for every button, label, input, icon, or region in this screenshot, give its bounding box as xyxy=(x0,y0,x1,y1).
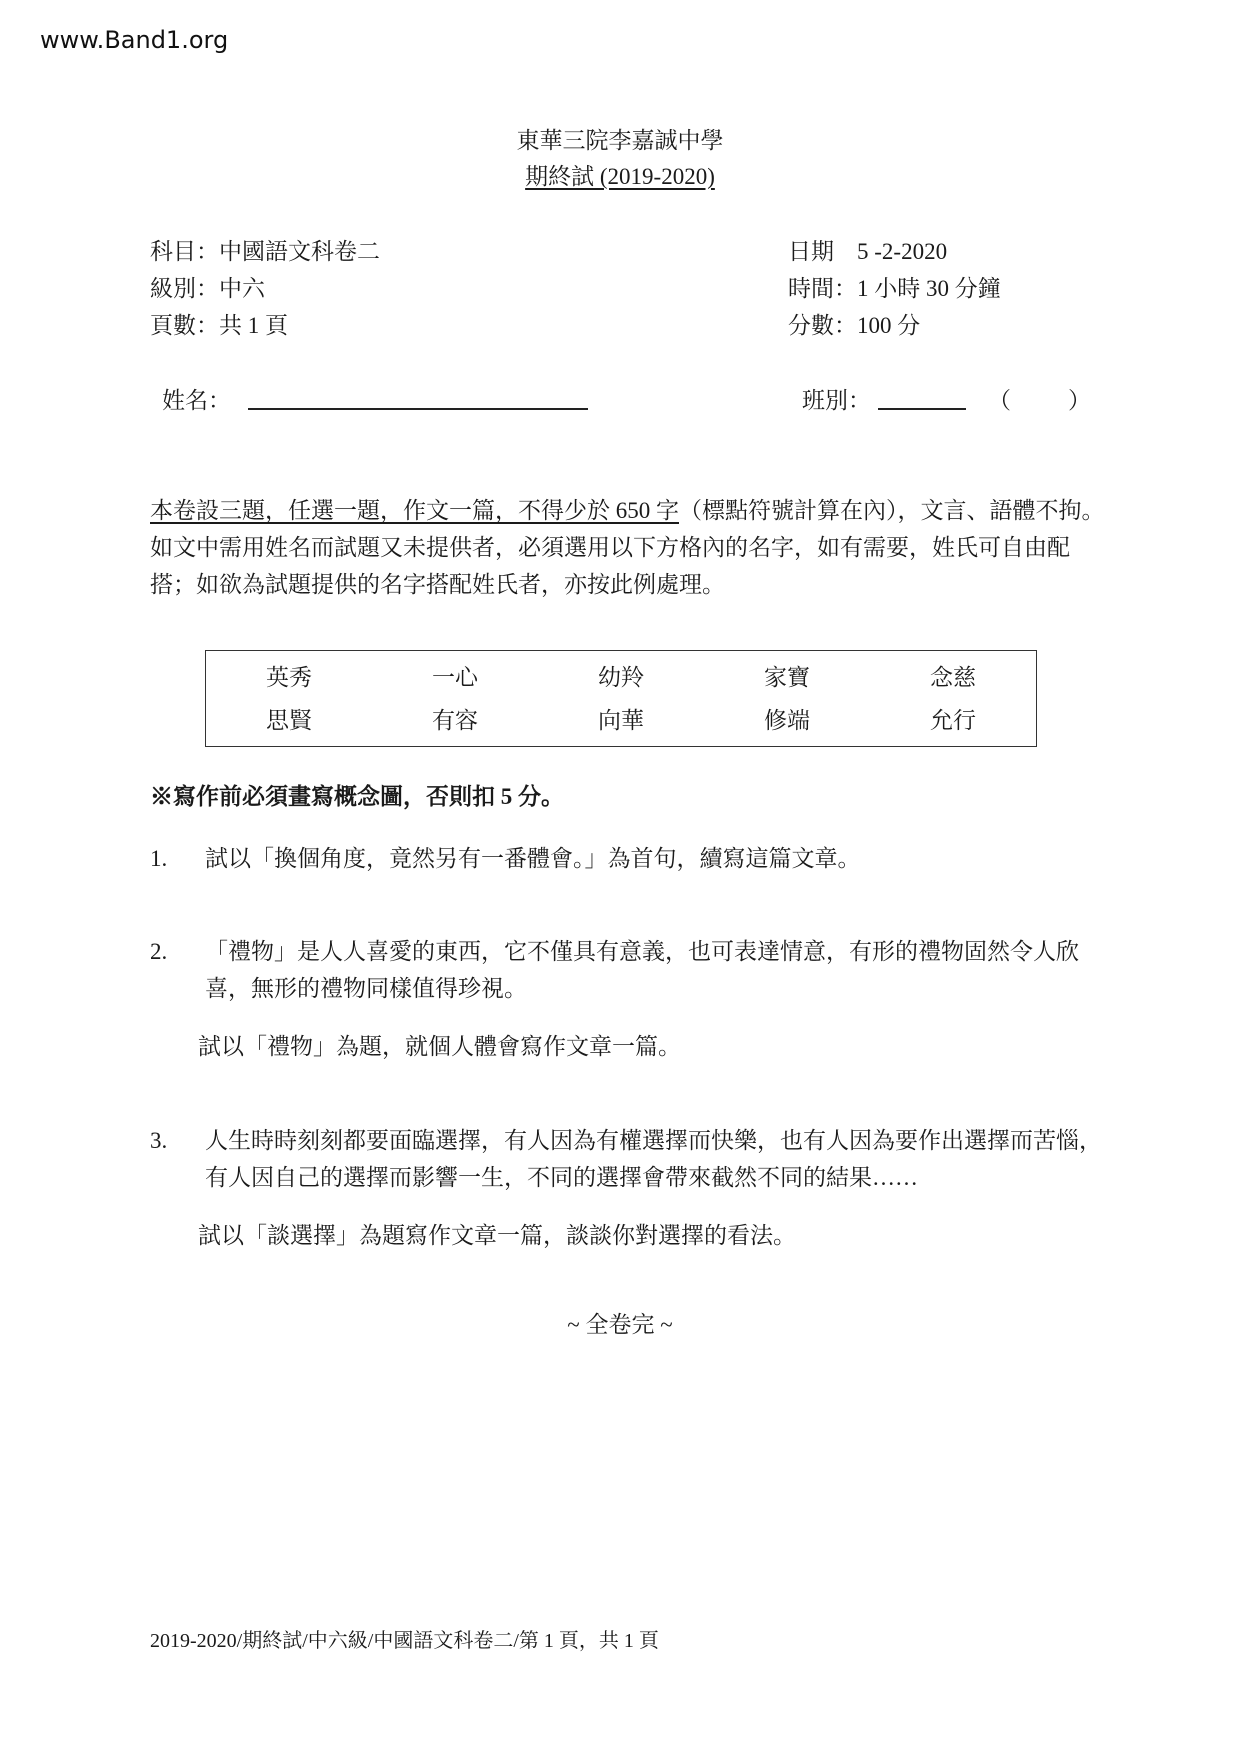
question-3-number: 3. xyxy=(150,1122,167,1159)
level: 級別：中六 xyxy=(150,270,380,307)
question-2-task: 試以「禮物」為題，就個人體會寫作文章一篇。 xyxy=(198,1028,681,1065)
total-marks: 分數：100 分 xyxy=(788,307,1001,344)
instructions: 本卷設三題，任選一題，作文一篇，不得少於 650 字（標點符號計算在內），文言、… xyxy=(150,492,1110,603)
exam-duration: 時間：1 小時 30 分鐘 xyxy=(788,270,1001,307)
question-3-text: 人生時時刻刻都要面臨選擇，有人因為有權選擇而快樂，也有人因為要作出選擇而苦惱，有… xyxy=(205,1122,1105,1196)
exam-info-right: 日期 5 -2-2020 時間：1 小時 30 分鐘 分數：100 分 xyxy=(788,233,1001,344)
name-cell: 一心 xyxy=(372,659,538,692)
question-3-task: 試以「談選擇」為題寫作文章一篇，談談你對選擇的看法。 xyxy=(198,1217,796,1254)
exam-title: 期終試 (2019-2020) xyxy=(0,158,1240,191)
concept-map-note: ※寫作前必須畫寫概念圖，否則扣 5 分。 xyxy=(150,778,564,811)
exam-info-left: 科目：中國語文科卷二 級別：中六 頁數：共 1 頁 xyxy=(150,233,380,344)
exam-date: 日期 5 -2-2020 xyxy=(788,233,1001,270)
name-cell: 思賢 xyxy=(206,702,372,735)
class-label: 班別： xyxy=(802,382,871,415)
page-count: 頁數：共 1 頁 xyxy=(150,307,380,344)
subject: 科目：中國語文科卷二 xyxy=(150,233,380,270)
watermark: www.Band1.org xyxy=(40,26,228,54)
exam-title-text: 期終試 (2019-2020) xyxy=(525,164,715,189)
page-footer: 2019-2020/期終試/中六級/中國語文科卷二/第 1 頁，共 1 頁 xyxy=(150,1624,659,1653)
names-table: 英秀 一心 幼羚 家寶 念慈 思賢 有容 向華 修端 允行 xyxy=(205,650,1037,747)
class-field[interactable] xyxy=(878,408,966,410)
class-number-close: ） xyxy=(1068,382,1091,415)
name-cell: 允行 xyxy=(870,702,1036,735)
school-name: 東華三院李嘉誠中學 xyxy=(0,122,1240,155)
question-2-text: 「禮物」是人人喜愛的東西，它不僅具有意義，也可表達情意，有形的禮物固然令人欣喜，… xyxy=(205,933,1105,1007)
name-label: 姓名： xyxy=(162,382,231,415)
class-number-open: （ xyxy=(988,382,1011,415)
name-cell: 念慈 xyxy=(870,659,1036,692)
name-cell: 英秀 xyxy=(206,659,372,692)
end-of-paper: ~ 全卷完 ~ xyxy=(0,1306,1240,1339)
name-cell: 修端 xyxy=(704,702,870,735)
name-cell: 家寶 xyxy=(704,659,870,692)
question-2-number: 2. xyxy=(150,933,167,970)
name-cell: 有容 xyxy=(372,702,538,735)
name-cell: 向華 xyxy=(538,702,704,735)
question-1-number: 1. xyxy=(150,840,167,877)
question-1-text: 試以「換個角度，竟然另有一番體會。」為首句，續寫這篇文章。 xyxy=(205,840,1105,877)
instructions-underlined: 本卷設三題，任選一題，作文一篇，不得少於 650 字 xyxy=(150,498,679,523)
name-field[interactable] xyxy=(248,408,588,410)
name-cell: 幼羚 xyxy=(538,659,704,692)
